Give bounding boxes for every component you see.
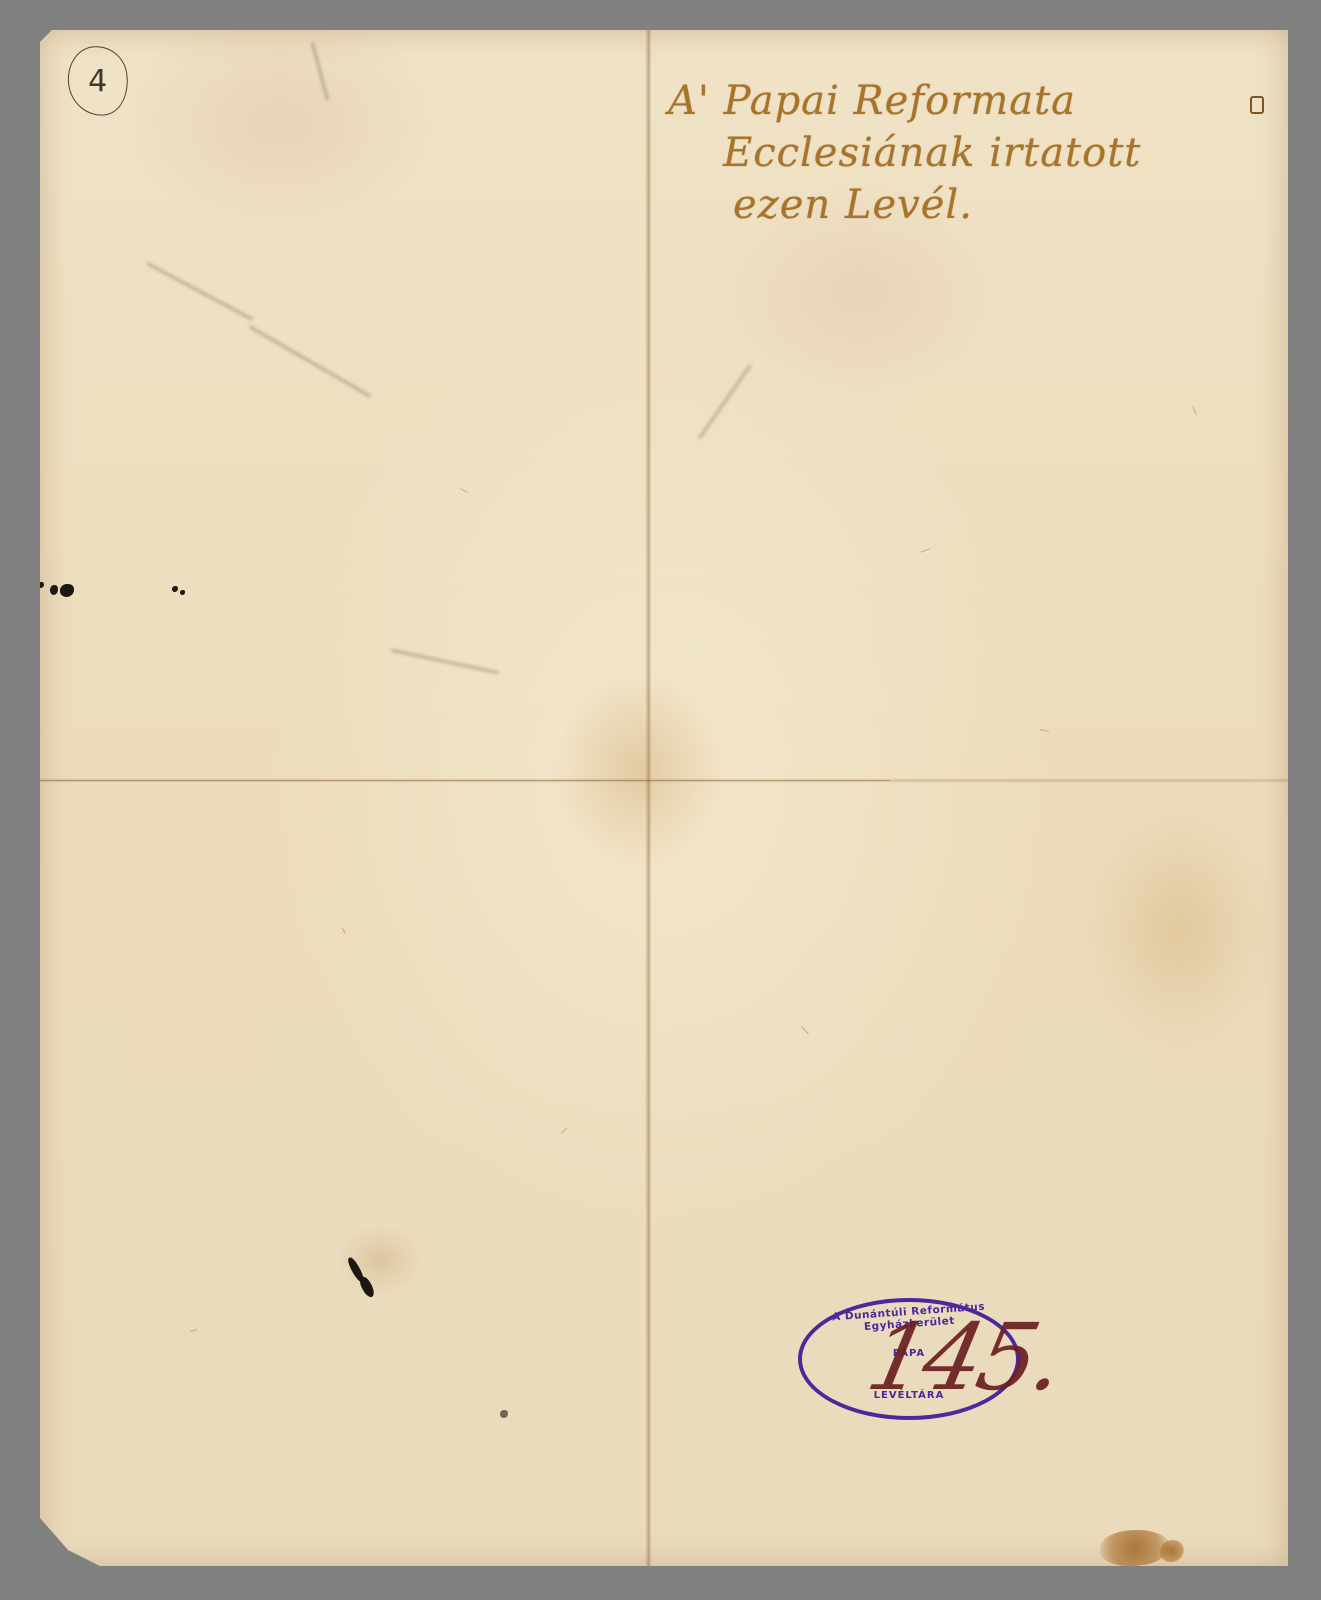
ink-blot [500, 1410, 508, 1418]
vertical-fold-line [645, 30, 651, 1566]
pencil-smudge [391, 649, 499, 675]
ink-blot [60, 584, 74, 597]
image-viewer: 4 A' Papai Reformata Ecclesiának irtatot… [0, 0, 1321, 1600]
water-stain [1160, 1540, 1184, 1562]
ink-mark [1250, 96, 1264, 114]
horizontal-crease [40, 780, 890, 781]
catalog-number: 145. [859, 1304, 1071, 1411]
ink-blot [357, 1275, 377, 1299]
ink-blot [172, 586, 178, 592]
pencil-smudge [146, 262, 253, 321]
document-sheet: 4 A' Papai Reformata Ecclesiának irtatot… [40, 30, 1288, 1566]
handwritten-address: A' Papai Reformata Ecclesiának irtatott … [668, 72, 1141, 234]
folio-number-mark: 4 [63, 42, 132, 120]
address-line-1: A' Papai Reformata [668, 72, 1141, 130]
pencil-smudge [698, 364, 752, 439]
ink-blot [180, 590, 185, 595]
address-line-2: Ecclesiának irtatott [668, 124, 1141, 182]
folio-number: 4 [88, 64, 107, 99]
ink-blot [38, 582, 44, 588]
address-line-3: ezen Levél. [668, 176, 1141, 234]
pencil-smudge [249, 325, 372, 398]
pencil-smudge [311, 42, 329, 101]
ink-blot [180, 1566, 210, 1574]
ink-blot [50, 585, 58, 595]
